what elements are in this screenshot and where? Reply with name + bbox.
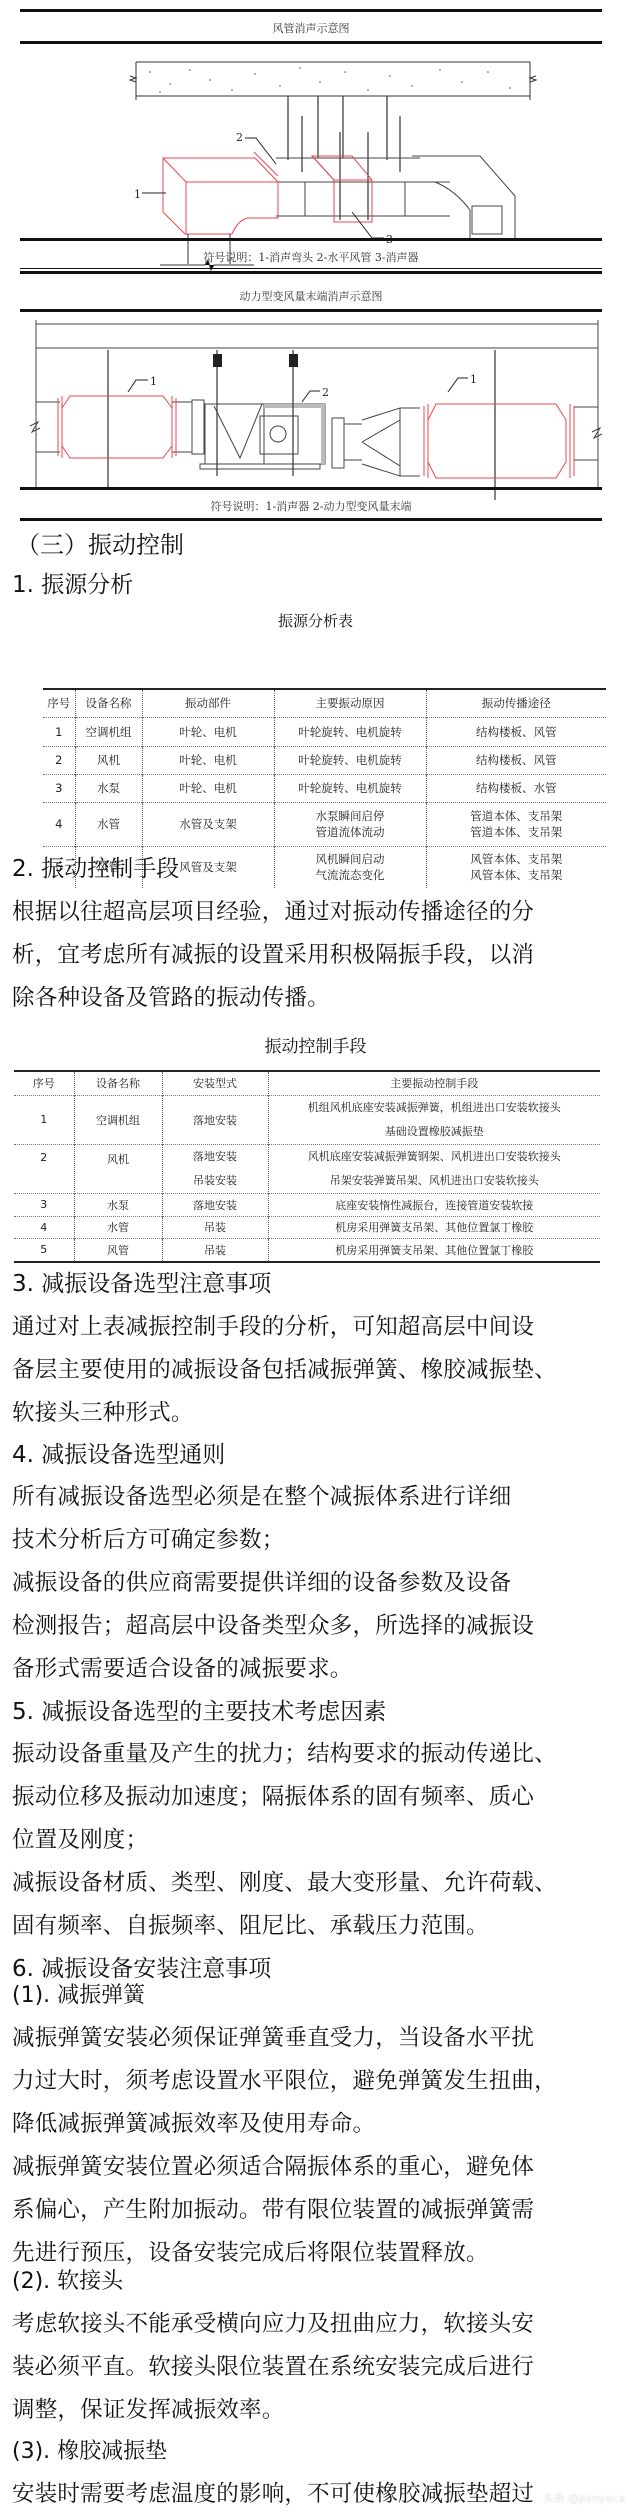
paragraph-line: 降低减振弹簧减振效率及使用寿命。 — [12, 2109, 375, 2139]
cell-path: 管道本体、支吊架 管道本体、支吊架 — [426, 802, 606, 846]
paragraph-line: 装必须平直。软接头限位装置在系统安装完成后进行 — [12, 2352, 534, 2382]
cell-no: 5 — [14, 1238, 74, 1262]
col-header: 设备名称 — [75, 689, 142, 717]
cell-measure: 风机底座安装减振弹簧钢架、风机进出口安装软接头 吊架安装弹簧吊架、风机进出口安装… — [268, 1144, 600, 1193]
cell-install: 落地安装 — [162, 1193, 268, 1216]
diagram1-legend: 符号说明：1-消声弯头 2-水平风管 3-消声器 — [20, 249, 602, 265]
cell-name: 风机 — [75, 746, 142, 774]
cell-path: 结构楼板、风管 — [426, 746, 606, 774]
label-1a: 1 — [150, 375, 157, 388]
table-header-row: 序号 设备名称 振动部件 主要振动原因 振动传播途径 — [43, 689, 606, 717]
label-1b: 1 — [470, 373, 477, 386]
cell-no: 4 — [43, 802, 75, 846]
paragraph-line: 安装时需要考虑温度的影响，不可使橡胶减振垫超过 — [12, 2479, 534, 2509]
paragraph-line: 软接头三种形式。 — [12, 1398, 194, 1428]
label-1: 1 — [134, 188, 141, 201]
heading-technical-factors: 5. 减振设备选型的主要技术考虑因素 — [12, 1697, 386, 1727]
cell-install: 落地安装 — [162, 1095, 268, 1144]
cell-name: 水管 — [75, 802, 142, 846]
paragraph-line: 考虑软接头不能承受横向应力及扭曲应力，软接头安 — [12, 2309, 534, 2339]
label-2: 2 — [236, 131, 243, 144]
paragraph-line: 减振弹簧安装位置必须适合隔振体系的重心，避免体 — [12, 2152, 534, 2182]
diagram2-bottom-rule — [20, 518, 602, 521]
duct-silencer-drawing: 1 2 3 — [0, 40, 631, 240]
cell-path: 结构楼板、风管 — [426, 717, 606, 746]
heading-installation-notes: 6. 减振设备安装注意事项 — [12, 1954, 271, 1984]
section-heading: （三）振动控制 — [16, 530, 184, 560]
cell-name: 水管 — [74, 1216, 162, 1238]
paragraph-line: 振动位移及振动加速度；隔振体系的固有频率、质心 — [12, 1782, 534, 1812]
paragraph-line: 根据以往超高层项目经验，通过对振动传播途径的分 — [12, 897, 534, 927]
table-row: 1 空调机组 落地安装 机组风机底座安装减振弹簧，机组进出口安装软接头 基础设置… — [14, 1095, 600, 1144]
cell-name: 空调机组 — [74, 1095, 162, 1144]
cell-part: 水管及支架 — [142, 802, 274, 846]
cell-no: 2 — [43, 746, 75, 774]
cell-cause: 叶轮旋转、电机旋转 — [274, 717, 426, 746]
cell-part: 叶轮、电机 — [142, 774, 274, 802]
paragraph-line: 减振设备的供应商需要提供详细的设备参数及设备 — [12, 1568, 511, 1598]
cell-cause: 叶轮旋转、电机旋转 — [274, 746, 426, 774]
cell-path: 结构楼板、水管 — [426, 774, 606, 802]
diagram1-bottom-rule — [20, 268, 602, 269]
diagram2-legend-rule — [20, 487, 602, 490]
cell-part: 叶轮、电机 — [142, 717, 274, 746]
cell-measure: 机房采用弹簧支吊架、其他位置氯丁橡胶 — [268, 1216, 600, 1238]
heading-selection-rules: 4. 减振设备选型通则 — [12, 1440, 225, 1470]
paragraph-line: 固有频率、自振频率、阻尼比、承载压力范围。 — [12, 1911, 489, 1941]
table-row: 3 水泵 落地安装 底座安装惰性减振台，连接管道安装软接 — [14, 1193, 600, 1216]
cell-no: 3 — [14, 1193, 74, 1216]
diagram1-title: 风管消声示意图 — [20, 20, 602, 36]
col-header: 主要振动控制手段 — [268, 1071, 600, 1095]
diagram1-legend-rule — [20, 238, 602, 241]
table-row: 3 水泵 叶轮、电机 叶轮旋转、电机旋转 结构楼板、水管 — [43, 774, 606, 802]
cell-part: 叶轮、电机 — [142, 746, 274, 774]
col-header: 序号 — [14, 1071, 74, 1095]
col-header: 安装型式 — [162, 1071, 268, 1095]
watermark: 头条 @jianyeca — [543, 2490, 625, 2506]
table-row: 5 风管 吊装 机房采用弹簧支吊架、其他位置氯丁橡胶 — [14, 1238, 600, 1262]
paragraph-line: 检测报告；超高层中设备类型众多，所选择的减振设 — [12, 1611, 534, 1641]
col-header: 振动部件 — [142, 689, 274, 717]
cell-no: 1 — [43, 717, 75, 746]
col-header: 主要振动原因 — [274, 689, 426, 717]
table1-title: 振源分析表 — [0, 610, 631, 631]
cell-install: 吊装 — [162, 1238, 268, 1262]
paragraph-line: 所有减振设备选型必须是在整个减振体系进行详细 — [12, 1482, 511, 1512]
col-header: 振动传播途径 — [426, 689, 606, 717]
paragraph-line: 减振设备材质、类型、刚度、最大变形量、允许荷载、 — [12, 1868, 557, 1898]
cell-name: 风管 — [74, 1238, 162, 1262]
paragraph-line: 振动设备重量及产生的扰力；结构要求的振动传递比、 — [12, 1739, 557, 1769]
cell-cause: 风机瞬间启动 气流流态变化 — [274, 846, 426, 888]
cell-name: 水泵 — [75, 774, 142, 802]
table-header-row: 序号 设备名称 安装型式 主要振动控制手段 — [14, 1071, 600, 1095]
subheading-spring-isolator: (1). 减振弹簧 — [12, 1981, 145, 2011]
vibration-control-table: 序号 设备名称 安装型式 主要振动控制手段 1 空调机组 落地安装 机组风机底座… — [14, 1070, 600, 1263]
diagram1-top-rule — [20, 9, 602, 12]
table-row: 4 水管 水管及支架 水泵瞬间启停 管道流体流动 管道本体、支吊架 管道本体、支… — [43, 802, 606, 846]
diagram2-title: 动力型变风量末端消声示意图 — [20, 288, 602, 304]
cell-no: 2 — [14, 1144, 74, 1193]
cell-cause: 水泵瞬间启停 管道流体流动 — [274, 802, 426, 846]
cell-name: 风机 — [74, 1144, 162, 1193]
cell-path: 风管本体、支吊架 风管本体、支吊架 — [426, 846, 606, 888]
table-row: 1 空调机组 叶轮、电机 叶轮旋转、电机旋转 结构楼板、风管 — [43, 717, 606, 746]
paragraph-line: 备层主要使用的减振设备包括减振弹簧、橡胶减振垫、 — [12, 1355, 557, 1385]
subheading-flexible-connector: (2). 软接头 — [12, 2267, 123, 2297]
paragraph-line: 技术分析后方可确定参数； — [12, 1525, 284, 1555]
cell-install: 落地安装 吊装安装 — [162, 1144, 268, 1193]
cell-measure: 底座安装惰性减振台，连接管道安装软接 — [268, 1193, 600, 1216]
paragraph-line: 先进行预压，设备安装完成后将限位装置释放。 — [12, 2238, 489, 2268]
cell-no: 1 — [14, 1095, 74, 1144]
paragraph-line: 通过对上表减振控制手段的分析，可知超高层中间设 — [12, 1312, 534, 1342]
cell-cause: 叶轮旋转、电机旋转 — [274, 774, 426, 802]
cell-measure: 机房采用弹簧支吊架、其他位置氯丁橡胶 — [268, 1238, 600, 1262]
paragraph-line: 系偏心，产生附加振动。带有限位装置的减振弹簧需 — [12, 2195, 534, 2225]
cell-no: 3 — [43, 774, 75, 802]
paragraph-line: 析，宜考虑所有减振的设置采用积极隔振手段，以消 — [12, 940, 534, 970]
cell-no: 4 — [14, 1216, 74, 1238]
table-row: 4 水管 吊装 机房采用弹簧支吊架、其他位置氯丁橡胶 — [14, 1216, 600, 1238]
diagram2-top-rule — [20, 271, 602, 274]
col-header: 设备名称 — [74, 1071, 162, 1095]
paragraph-line: 减振弹簧安装必须保证弹簧垂直受力，当设备水平扰 — [12, 2023, 534, 2053]
vav-silencer-drawing: 1 2 1 — [0, 312, 631, 487]
paragraph-line: 调整，保证发挥减振效率。 — [12, 2395, 284, 2425]
paragraph-line: 除各种设备及管路的振动传播。 — [12, 983, 330, 1013]
heading-selection-notes: 3. 减振设备选型注意事项 — [12, 1269, 271, 1299]
cell-name: 空调机组 — [75, 717, 142, 746]
diagram2-legend: 符号说明：1-消声器 2-动力型变风量末端 — [20, 498, 602, 514]
heading-vibration-control-methods: 2. 振动控制手段 — [12, 854, 179, 884]
table-row: 2 风机 叶轮、电机 叶轮旋转、电机旋转 结构楼板、风管 — [43, 746, 606, 774]
label-2: 2 — [322, 386, 329, 399]
paragraph-line: 位置及刚度； — [12, 1825, 148, 1855]
subheading-rubber-pad: (3). 橡胶减振垫 — [12, 2437, 167, 2467]
table2-title: 振动控制手段 — [0, 1032, 631, 1057]
table-row: 2 风机 落地安装 吊装安装 风机底座安装减振弹簧钢架、风机进出口安装软接头 吊… — [14, 1144, 600, 1193]
cell-install: 吊装 — [162, 1216, 268, 1238]
cell-measure: 机组风机底座安装减振弹簧，机组进出口安装软接头 基础设置橡胶减振垫 — [268, 1095, 600, 1144]
cell-name: 水泵 — [74, 1193, 162, 1216]
col-header: 序号 — [43, 689, 75, 717]
paragraph-line: 备形式需要适合设备的减振要求。 — [12, 1654, 353, 1684]
paragraph-line: 力过大时，须考虑设置水平限位，避免弹簧发生扭曲， — [12, 2066, 557, 2096]
heading-vibration-source-analysis: 1. 振源分析 — [12, 570, 133, 600]
